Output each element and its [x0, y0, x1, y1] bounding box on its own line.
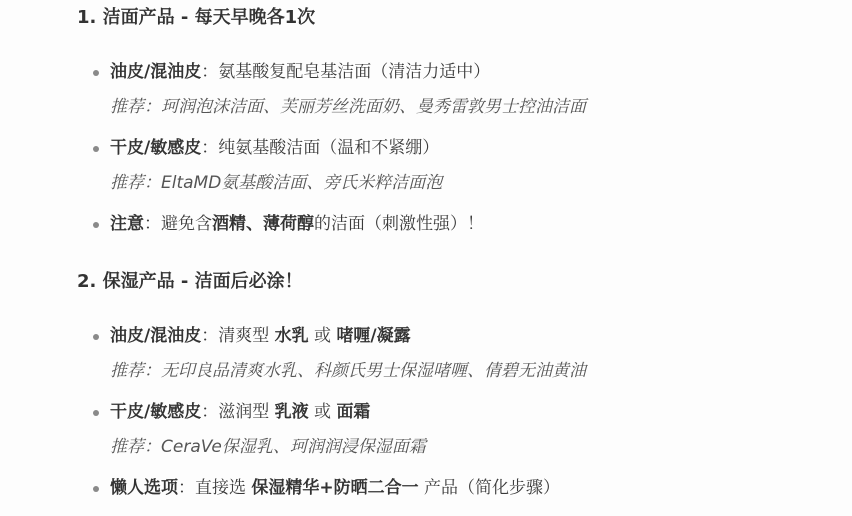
item-separator: ：	[201, 326, 218, 346]
item-text: 直接选	[195, 478, 251, 498]
bullet-icon	[93, 410, 99, 416]
list-item-oily-skin-cleanser: 油皮/混油皮：氨基酸复配皂基洁面（清洁力适中）	[110, 60, 490, 84]
item-text: 滋润型	[218, 402, 274, 422]
item-text: 纯氨基酸洁面（温和不紧绷）	[218, 138, 439, 158]
bullet-icon	[93, 222, 99, 228]
bullet-icon	[93, 334, 99, 340]
section-title-cleanser: 1. 洁面产品 - 每天早晚各1次	[77, 6, 315, 30]
item-text-emphasis: 保湿精华+防晒二合一	[251, 478, 418, 498]
recommendation-oily-skin-cleanser: 推荐：珂润泡沫洁面、芙丽芳丝洗面奶、曼秀雷敦男士控油洁面	[110, 95, 586, 119]
section-title-moisturizer: 2. 保湿产品 - 洁面后必涂！	[77, 270, 303, 294]
item-text-emphasis: 乳液	[275, 402, 309, 422]
item-label: 干皮/敏感皮	[110, 402, 201, 422]
recommendation-dry-skin-cleanser: 推荐：EltaMD氨基酸洁面、旁氏米粹洁面泡	[110, 171, 442, 195]
item-label: 干皮/敏感皮	[110, 138, 201, 158]
item-text: 清爽型	[218, 326, 274, 346]
item-separator: ：	[201, 62, 218, 82]
item-separator: ：	[201, 402, 218, 422]
list-item-lazy-option: 懒人选项：直接选 保湿精华+防晒二合一 产品（简化步骤）	[110, 476, 560, 500]
bullet-icon	[93, 486, 99, 492]
item-separator: ：	[144, 214, 161, 234]
item-text-emphasis: 水乳	[275, 326, 309, 346]
recommendation-oily-skin-moisturizer: 推荐：无印良品清爽水乳、科颜氏男士保湿啫喱、倩碧无油黄油	[110, 359, 586, 383]
item-separator: ：	[178, 478, 195, 498]
item-text: 产品（简化步骤）	[419, 478, 560, 498]
list-item-dry-skin-cleanser: 干皮/敏感皮：纯氨基酸洁面（温和不紧绷）	[110, 136, 439, 160]
recommendation-dry-skin-moisturizer: 推荐：CeraVe保湿乳、珂润润浸保湿面霜	[110, 435, 426, 459]
list-item-cleanser-note: 注意：避免含酒精、薄荷醇的洁面（刺激性强）！	[110, 212, 484, 236]
bullet-icon	[93, 146, 99, 152]
item-text-emphasis: 面霜	[336, 402, 370, 422]
item-text: 或	[309, 326, 337, 346]
item-text-emphasis: 酒精、薄荷醇	[212, 214, 314, 234]
list-item-oily-skin-moisturizer: 油皮/混油皮：清爽型 水乳 或 啫喱/凝露	[110, 324, 411, 348]
item-label: 油皮/混油皮	[110, 62, 201, 82]
item-label: 懒人选项	[110, 478, 178, 498]
item-label: 注意	[110, 214, 144, 234]
list-item-dry-skin-moisturizer: 干皮/敏感皮：滋润型 乳液 或 面霜	[110, 400, 370, 424]
bullet-icon	[93, 70, 99, 76]
item-text: 的洁面（刺激性强）！	[314, 214, 484, 234]
item-text-emphasis: 啫喱/凝露	[336, 326, 410, 346]
item-separator: ：	[201, 138, 218, 158]
item-text: 避免含	[161, 214, 212, 234]
item-text: 氨基酸复配皂基洁面（清洁力适中）	[218, 62, 490, 82]
item-label: 油皮/混油皮	[110, 326, 201, 346]
item-text: 或	[309, 402, 337, 422]
